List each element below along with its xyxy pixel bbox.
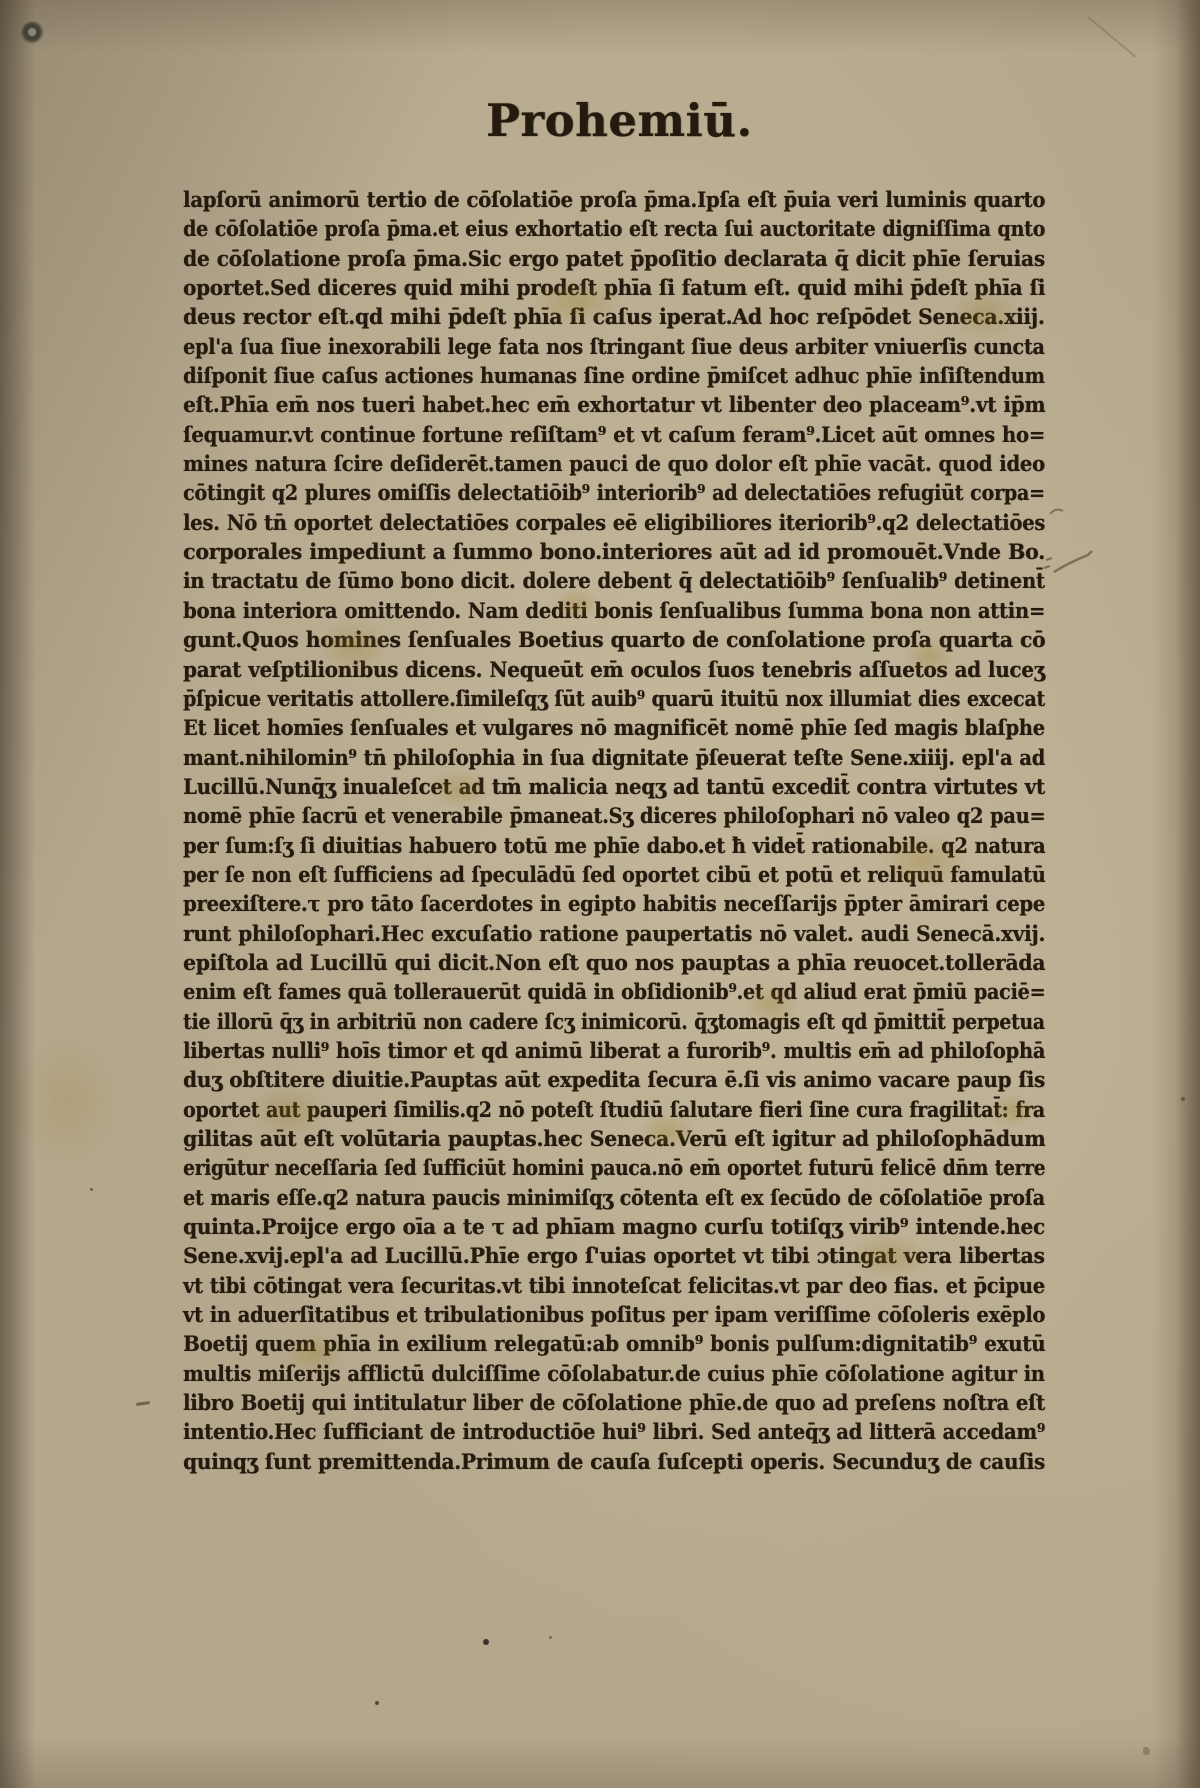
page-title: Prohemiū.: [486, 94, 753, 147]
text-line: Boetij quem phīa in exilium relegatū:ab …: [183, 1330, 1045, 1359]
text-line: gilitas aūt eſt volūtaria pauptas.hec Se…: [183, 1125, 1045, 1154]
text-line: mant.nihilomin⁹ tn̄ philoſophia in ſua d…: [183, 744, 1045, 773]
text-line: lapſorū animorū tertio de cōſolatiōe pro…: [183, 186, 1045, 215]
text-line: erigūtur neceſſaria ſed ſufficiūt homini…: [183, 1154, 1045, 1183]
ink-speck: [90, 1188, 93, 1191]
text-line: oportet.Sed diceres quid mihi prodeſt ph…: [183, 274, 1045, 303]
text-line: parat veſptilionibus dicens. Nequeūt em̄…: [183, 656, 1045, 685]
text-line: Sene.xvij.epl'a ad Lucillū.Phīe ergo ſ'u…: [183, 1242, 1045, 1271]
text-line: preexiſtere.τ pro tāto ſacerdotes in egi…: [183, 890, 1045, 919]
text-line: vt in aduerſitatibus et tribulationibus …: [183, 1301, 1045, 1330]
text-line: gunt.Quos homines ſenſuales Boetius quar…: [183, 626, 1045, 655]
text-line: les. Nō tn̄ oportet delectatiōes corpale…: [183, 509, 1045, 538]
text-line: de cōſolatiōe proſa p̄ma.et eius exhorta…: [183, 215, 1045, 244]
text-line: oportet aut pauperi ſimilis.q2 nō poteſt…: [183, 1096, 1045, 1125]
text-line: Et licet homīes ſenſuales et vulgares nō…: [183, 714, 1045, 743]
text-line: multis miſerijs afflictū dulciſſime cōſo…: [183, 1360, 1045, 1389]
text-line: nomē phīe ſacrū et venerabile p̄maneat.S…: [183, 802, 1045, 831]
parchment-stain: [14, 1035, 119, 1170]
text-line: epiſtola ad Lucillū qui dicit.Non eſt qu…: [183, 949, 1045, 978]
text-block: lapſorū animorū tertio de cōſolatiōe pro…: [183, 186, 1180, 1477]
text-line: quinta.Proijce ergo oīa a te τ ad phīam …: [183, 1213, 1045, 1242]
text-line: deus rector eſt.qd mihi p̄deſt phīa ſi c…: [183, 303, 1045, 332]
text-line: cōtingit q2 plures omiſſis delectatiōib⁹…: [183, 479, 1045, 508]
text-line: duʒ obſtitere diuitie.Pauptas aūt expedi…: [183, 1066, 1045, 1095]
scratch-mark: [1087, 16, 1136, 57]
text-line: vt tibi cōtingat vera ſecuritas.vt tibi …: [183, 1272, 1045, 1301]
text-line: p̄ſpicue veritatis attollere.ſimileſqʒ ſ…: [183, 685, 1045, 714]
book-page: Prohemiū. lapſorū animorū tertio de cōſo…: [0, 0, 1200, 1788]
text-line: libertas nulli⁹ hoīs timor et qd animū l…: [183, 1037, 1045, 1066]
text-line: mines natura ſcire deſiderēt.tamen pauci…: [183, 450, 1045, 479]
text-line: per ſe non eſt ſufficiens ad ſpeculādū ſ…: [183, 861, 1045, 890]
ink-speck: [1181, 1097, 1185, 1101]
text-line: libro Boetij qui intitulatur liber de cō…: [183, 1389, 1045, 1418]
text-line: in tractatu de ſūmo bono dicit. dolere d…: [183, 567, 1045, 596]
text-line: quinqʒ ſunt premittenda.Primum de cauſa …: [183, 1448, 1045, 1477]
ink-speck: [549, 1636, 552, 1639]
text-line: tie illorū q̄ʒ in arbitriū non cadere ſc…: [183, 1008, 1045, 1037]
text-line: intentio.Hec ſufficiant de introductiōe …: [183, 1418, 1045, 1447]
text-line: diſponit ſiue caſus actiones humanas ſin…: [183, 362, 1045, 391]
margin-dash-mark: [136, 1401, 150, 1406]
text-line: enim eſt fames quā tollerauerūt quidā in…: [183, 978, 1045, 1007]
text-line: et maris eſſe.q2 natura paucis minimiſqʒ…: [183, 1184, 1045, 1213]
text-line: bona interiora omittendo. Nam dediti bon…: [183, 597, 1045, 626]
text-line: corporales impediunt a ſummo bono.interi…: [183, 538, 1045, 567]
text-line: epl'a ſua ſiue inexorabili lege fata nos…: [183, 333, 1045, 362]
text-line: per ſum:ſʒ ſi diuitias habuero totū me p…: [183, 832, 1045, 861]
text-line: eſt.Phīa em̄ nos tueri habet.hec em̄ exh…: [183, 391, 1045, 420]
text-line: ſequamur.vt continue fortune reſiſtam⁹ e…: [183, 421, 1045, 450]
corner-ink-blot: [21, 21, 45, 45]
text-line: Lucillū.Nunq̄ʒ inualeſcet ad tm̄ malicia…: [183, 773, 1045, 802]
text-line: de cōſolatione proſa p̄ma.Sic ergo patet…: [183, 245, 1045, 274]
ink-speck: [483, 1639, 489, 1645]
pen-mark-icon: [1040, 498, 1100, 588]
ink-speck: [375, 1701, 379, 1705]
ink-speck: [1143, 1747, 1150, 1755]
text-line: runt philoſophari.Hec excuſatio ratione …: [183, 920, 1045, 949]
